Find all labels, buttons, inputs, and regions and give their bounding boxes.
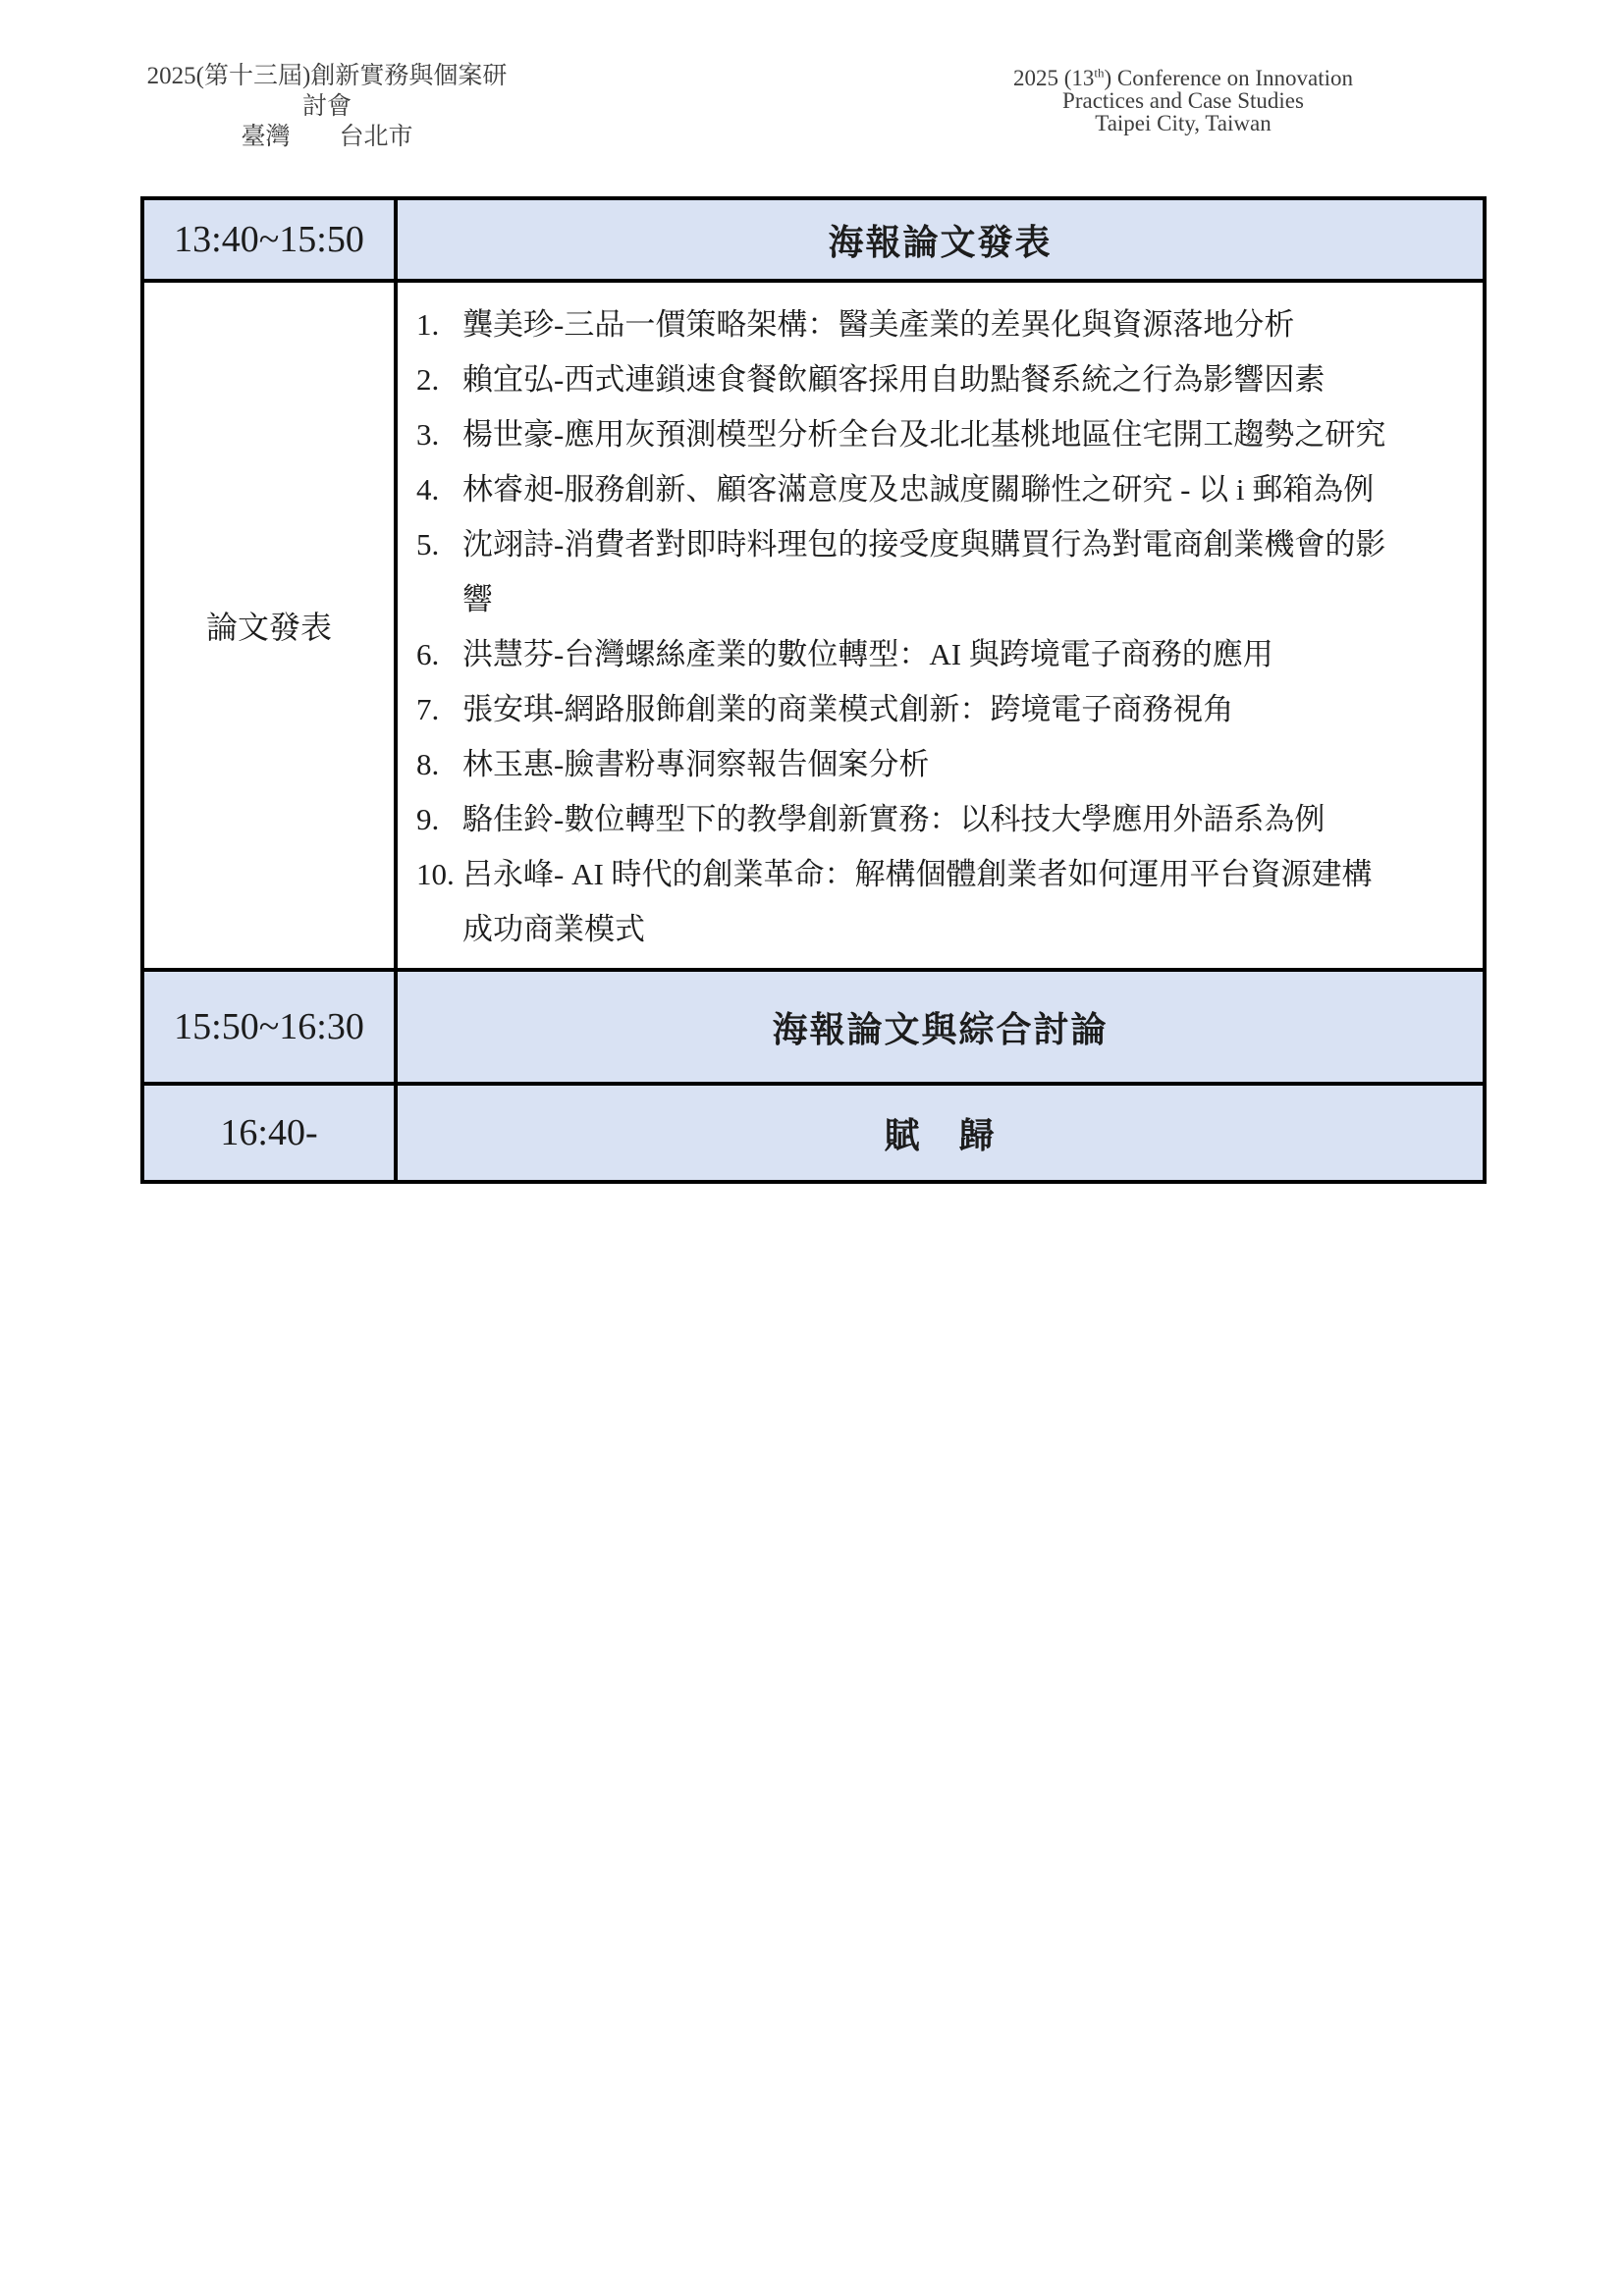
header-english: 2025 (13th) Conference on Innovation Pra… — [957, 67, 1409, 134]
conference-title-en: 2025 (13th) Conference on Innovation — [957, 67, 1409, 89]
session-title-cell: 海報論文與綜合討論 — [396, 970, 1485, 1084]
table-row-poster-session: 13:40~15:50 海報論文發表 — [142, 198, 1485, 281]
paper-list: 龔美珍-三品一價策略架構：醫美產業的差異化與資源落地分析 賴宜弘-西式連鎖速食餐… — [399, 284, 1482, 967]
time-cell: 15:50~16:30 — [142, 970, 396, 1084]
table-row-departure: 16:40- 賦 歸 — [142, 1084, 1485, 1182]
paper-item: 洪慧芬-台灣螺絲產業的數位轉型：AI 與跨境電子商務的應用 — [416, 627, 1398, 682]
conference-title-en-pre: 2025 (13 — [1013, 66, 1094, 90]
table-row-paper-list: 論文發表 龔美珍-三品一價策略架構：醫美產業的差異化與資源落地分析 賴宜弘-西式… — [142, 281, 1485, 970]
paper-item: 龔美珍-三品一價策略架構：醫美產業的差異化與資源落地分析 — [416, 297, 1398, 352]
table-row-discussion: 15:50~16:30 海報論文與綜合討論 — [142, 970, 1485, 1084]
schedule-table: 13:40~15:50 海報論文發表 論文發表 龔美珍-三品一價策略架構：醫美產… — [140, 196, 1487, 1184]
conference-location-zh: 臺灣 台北市 — [145, 122, 509, 152]
paper-item: 賴宜弘-西式連鎖速食餐飲顧客採用自助點餐系統之行為影響因素 — [416, 352, 1398, 407]
paper-item: 林睿昶-服務創新、顧客滿意度及忠誠度關聯性之研究 - 以 i 郵箱為例 — [416, 462, 1398, 517]
session-label-cell: 論文發表 — [142, 281, 396, 970]
time-cell: 16:40- — [142, 1084, 396, 1182]
paper-item: 林玉惠-臉書粉專洞察報告個案分析 — [416, 737, 1398, 792]
conference-subtitle-en: Practices and Case Studies — [957, 89, 1409, 112]
ordinal-suffix: th — [1094, 65, 1104, 80]
conference-title-en-post: ) Conference on Innovation — [1104, 66, 1353, 90]
paper-item: 駱佳鈴-數位轉型下的教學創新實務：以科技大學應用外語系為例 — [416, 792, 1398, 847]
time-cell: 13:40~15:50 — [142, 198, 396, 281]
paper-item: 呂永峰- AI 時代的創業革命：解構個體創業者如何運用平台資源建構成功商業模式 — [416, 847, 1398, 957]
paper-item: 楊世豪-應用灰預測模型分析全台及北北基桃地區住宅開工趨勢之研究 — [416, 407, 1398, 462]
session-title-cell: 海報論文發表 — [396, 198, 1485, 281]
conference-title-zh: 2025(第十三屆)創新實務與個案研討會 — [145, 61, 509, 122]
paper-item: 沈翊詩-消費者對即時料理包的接受度與購買行為對電商創業機會的影響 — [416, 517, 1398, 627]
papers-cell: 龔美珍-三品一價策略架構：醫美產業的差異化與資源落地分析 賴宜弘-西式連鎖速食餐… — [396, 281, 1485, 970]
document-page: 2025(第十三屆)創新實務與個案研討會 臺灣 台北市 2025 (13th) … — [0, 0, 1624, 2296]
paper-item: 張安琪-網路服飾創業的商業模式創新：跨境電子商務視角 — [416, 682, 1398, 737]
conference-location-en: Taipei City, Taiwan — [957, 112, 1409, 134]
header-chinese: 2025(第十三屆)創新實務與個案研討會 臺灣 台北市 — [145, 61, 509, 152]
session-title-cell: 賦 歸 — [396, 1084, 1485, 1182]
